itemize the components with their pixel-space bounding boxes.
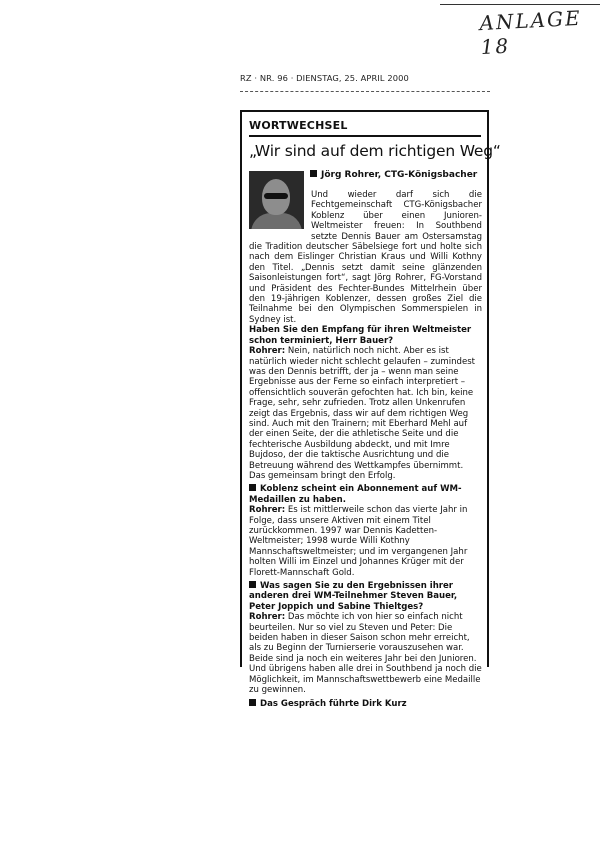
question-1: Haben Sie den Empfang für ihren Weltmeis…	[249, 325, 482, 346]
answer-2: Rohrer: Es ist mittlerweile schon das vi…	[249, 505, 482, 578]
intro-paragraph: Und wieder darf sich die Fechtgemeinscha…	[249, 190, 482, 325]
page-header: RZ · NR. 96 · DIENSTAG, 25. APRIL 2000	[240, 73, 409, 83]
question-3: Was sagen Sie zu den Ergebnissen ihrer a…	[249, 581, 482, 612]
square-bullet-icon	[249, 699, 256, 706]
square-bullet-icon	[310, 170, 317, 177]
photo-wrap-spacer	[249, 190, 311, 232]
byline-text: Jörg Rohrer, CTG-Königsbacher	[321, 170, 477, 180]
handwritten-annotation: ANLAGE 18	[479, 5, 600, 59]
closing-credit: Das Gespräch führte Dirk Kurz	[249, 699, 482, 709]
article-title: „Wir sind auf dem richtigen Weg“	[249, 142, 501, 160]
square-bullet-icon	[249, 484, 256, 491]
byline: Jörg Rohrer, CTG-Königsbacher	[310, 170, 477, 180]
scan-edge-line	[440, 4, 600, 5]
answer-1: Rohrer: Nein, natürlich noch nicht. Aber…	[249, 346, 482, 481]
article-box: WORTWECHSEL „Wir sind auf dem richtigen …	[240, 110, 489, 667]
answer-text: Es ist mittlerweile schon das vierte Jah…	[249, 505, 467, 577]
header-rule	[240, 91, 490, 92]
answer-text: Das möchte ich von hier so einfach nicht…	[249, 612, 482, 695]
article-body: Und wieder darf sich die Fechtgemeinscha…	[249, 190, 482, 709]
answer-text: Nein, natürlich noch nicht. Aber es ist …	[249, 346, 475, 481]
question-text: Haben Sie den Empfang für ihren Weltmeis…	[249, 325, 471, 345]
speaker-label: Rohrer:	[249, 612, 285, 622]
question-text: Was sagen Sie zu den Ergebnissen ihrer a…	[249, 581, 457, 612]
rubric-rule	[249, 135, 481, 137]
question-2: Koblenz scheint ein Abonnement auf WM-Me…	[249, 484, 482, 505]
speaker-label: Rohrer:	[249, 346, 285, 356]
closing-text: Das Gespräch führte Dirk Kurz	[260, 699, 407, 709]
question-text: Koblenz scheint ein Abonnement auf WM-Me…	[249, 484, 462, 504]
rubric-label: WORTWECHSEL	[249, 119, 348, 132]
square-bullet-icon	[249, 581, 256, 588]
speaker-label: Rohrer:	[249, 505, 285, 515]
answer-3: Rohrer: Das möchte ich von hier so einfa…	[249, 612, 482, 695]
